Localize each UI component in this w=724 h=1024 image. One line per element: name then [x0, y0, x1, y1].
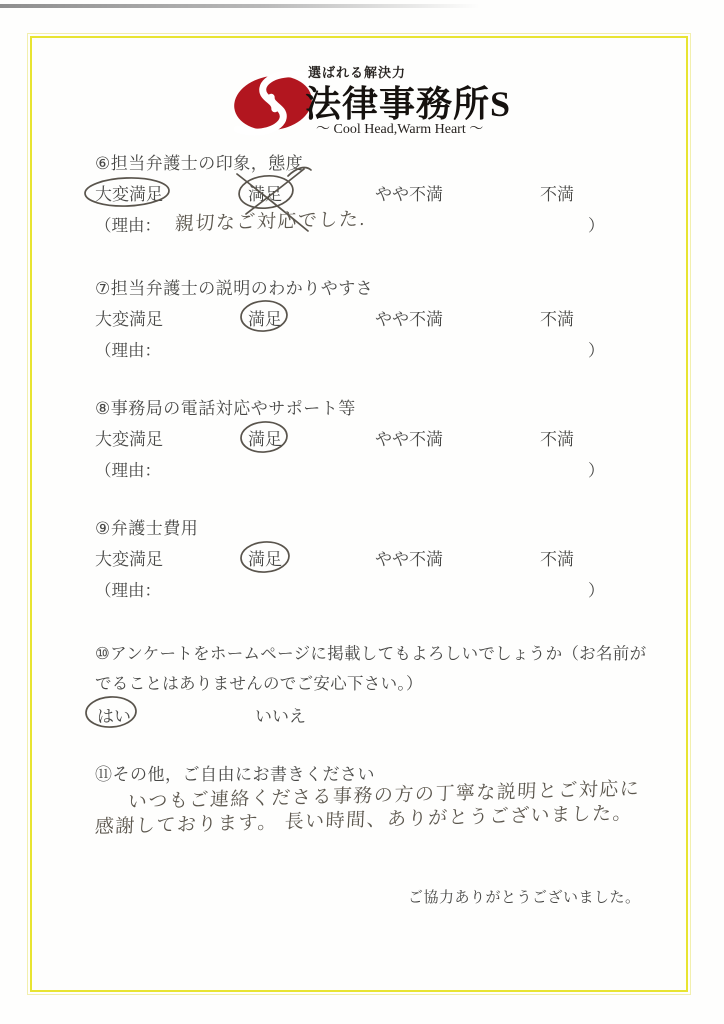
option-dissatisfied: 不満 — [540, 425, 574, 450]
handwritten-reason: 親切なご対応でした. — [174, 204, 366, 236]
question-number: ⑥ — [95, 154, 111, 173]
rating-options-row: 大変満足 満足 やや不満 不満 — [95, 545, 620, 567]
option-very-satisfied: 大変満足 — [95, 305, 163, 330]
thank-you-message: ご協力ありがとうございました。 — [408, 886, 641, 907]
option-satisfied: 満足 — [248, 305, 282, 330]
question-title-text: 担当弁護士の説明のわかりやすさ — [111, 279, 374, 298]
option-somewhat-dissatisfied: やや不満 — [375, 180, 443, 205]
reason-row: （理由： ） — [95, 457, 620, 481]
option-satisfied: 満足 — [248, 545, 282, 570]
rating-options-row: 大変満足 満足 やや不満 不満 — [95, 180, 620, 202]
rating-options-row: 大変満足 満足 やや不満 不満 — [95, 425, 620, 447]
scanned-survey-page: 選ばれる解決力 法律事務所S ～ Cool Head,Warm Heart ～ … — [0, 0, 724, 1024]
option-very-satisfied: 大変満足 — [95, 425, 163, 450]
question-8: ⑧事務局の電話対応やサポート等 大変満足 満足 やや不満 不満 （理由： ） — [95, 394, 620, 490]
option-somewhat-dissatisfied: やや不満 — [375, 545, 443, 570]
option-yes: はい — [97, 702, 131, 727]
option-satisfied: 満足 — [248, 180, 282, 205]
question-title: ⑥担当弁護士の印象，態度 — [95, 149, 303, 174]
reason-row: （理由： ） — [95, 337, 620, 361]
question-title-text: 事務局の電話対応やサポート等 — [111, 399, 356, 418]
reason-row: （理由： 親切なご対応でした. ） — [95, 212, 620, 236]
question-number: ⑪ — [95, 765, 113, 784]
question-text-line1: ⑩アンケートをホームページに掲載してもよろしいでしょうか（お名前が — [95, 640, 646, 664]
question-11: ⑪その他，ご自由にお書きください いつもご連絡くださる事務の方の丁寧な説明とご対… — [95, 760, 640, 850]
reason-close-paren: ） — [588, 457, 605, 481]
question-title-text: 担当弁護士の印象，態度 — [111, 154, 304, 173]
option-dissatisfied: 不満 — [540, 545, 574, 570]
rating-options-row: 大変満足 満足 やや不満 不満 — [95, 305, 620, 327]
yes-no-options-row: はい いいえ — [95, 702, 495, 724]
reason-close-paren: ） — [588, 212, 605, 236]
question-title: ⑨弁護士費用 — [95, 514, 198, 539]
reason-label: （理由： — [95, 337, 161, 361]
question-number: ⑨ — [95, 519, 111, 538]
question-title: ⑦担当弁護士の説明のわかりやすさ — [95, 274, 373, 299]
question-text: アンケートをホームページに掲載してもよろしいでしょうか（お名前が — [110, 645, 646, 663]
question-title: ⑧事務局の電話対応やサポート等 — [95, 394, 356, 419]
reason-row: （理由： ） — [95, 577, 620, 601]
question-9: ⑨弁護士費用 大変満足 満足 やや不満 不満 （理由： ） — [95, 514, 620, 610]
reason-close-paren: ） — [588, 577, 605, 601]
question-number: ⑧ — [95, 399, 111, 418]
logo-motto: ～ Cool Head,Warm Heart ～ — [316, 118, 483, 138]
logo-s-swirl-icon — [232, 70, 314, 136]
option-very-satisfied: 大変満足 — [95, 545, 163, 570]
option-satisfied: 満足 — [248, 425, 282, 450]
option-no: いいえ — [255, 702, 306, 727]
option-dissatisfied: 不満 — [540, 180, 574, 205]
question-7: ⑦担当弁護士の説明のわかりやすさ 大変満足 満足 やや不満 不満 （理由： ） — [95, 274, 620, 370]
question-6: ⑥担当弁護士の印象，態度 大変満足 満足 やや不満 不満 （理由： 親切なご対応… — [95, 149, 620, 245]
question-text-line2: でることはありませんのでご安心下さい。） — [95, 670, 423, 694]
option-somewhat-dissatisfied: やや不満 — [375, 305, 443, 330]
option-somewhat-dissatisfied: やや不満 — [375, 425, 443, 450]
reason-label: （理由： — [95, 457, 161, 481]
option-dissatisfied: 不満 — [540, 305, 574, 330]
scan-artifact-line — [0, 4, 480, 8]
reason-label: （理由： — [95, 577, 161, 601]
law-firm-logo: 選ばれる解決力 法律事務所S ～ Cool Head,Warm Heart ～ — [232, 56, 502, 140]
reason-label: （理由： — [95, 212, 161, 236]
question-number: ⑩ — [95, 645, 110, 663]
question-10: ⑩アンケートをホームページに掲載してもよろしいでしょうか（お名前が でることはあ… — [95, 637, 640, 732]
reason-close-paren: ） — [588, 337, 605, 361]
option-very-satisfied: 大変満足 — [95, 180, 163, 205]
question-title-text: 弁護士費用 — [111, 519, 199, 538]
question-number: ⑦ — [95, 279, 111, 298]
